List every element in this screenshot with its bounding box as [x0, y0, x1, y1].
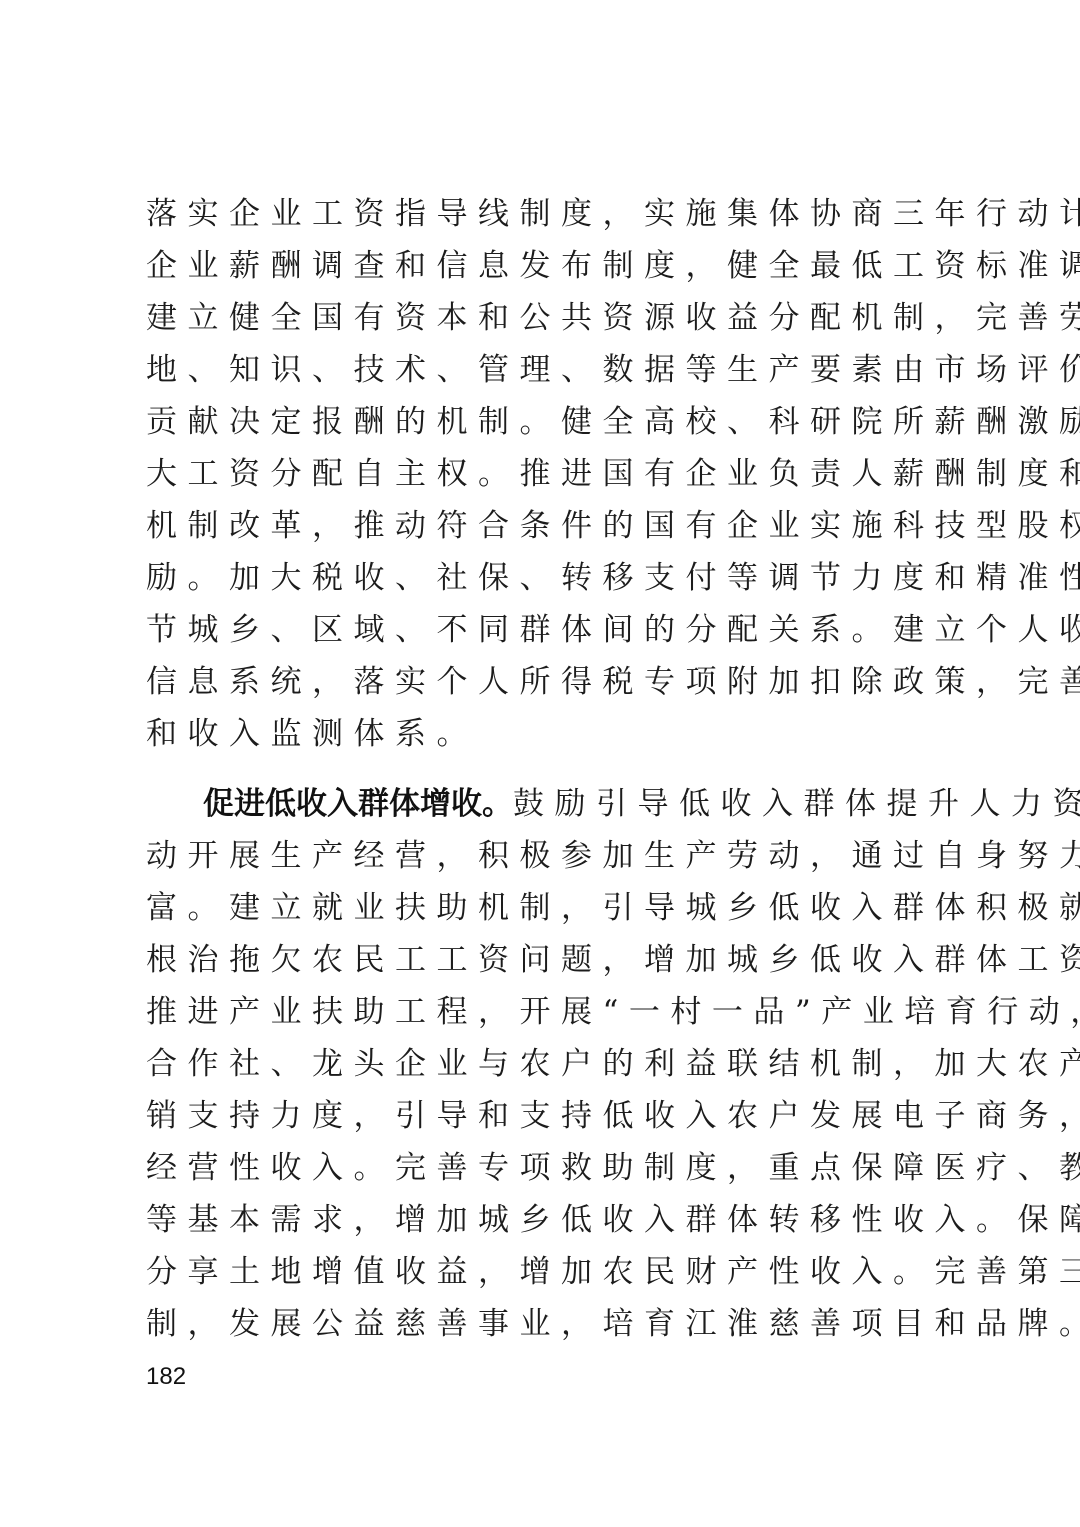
text-line: 根治拖欠农民工工资问题，增加城乡低收入群体工资性收入。: [146, 934, 966, 986]
text-line: 和收入监测体系。: [146, 708, 966, 760]
paragraph-income-distribution: 落实企业工资指导线制度，实施集体协商三年行动计划。完善 企业薪酬调查和信息发布制…: [146, 188, 966, 760]
text-line: 企业薪酬调查和信息发布制度，健全最低工资标准调整机制。: [146, 240, 966, 292]
paragraph-low-income-growth: 促进低收入群体增收。鼓励引导低收入群体提升人力资本， 主 动开展生产经营，积极参…: [146, 778, 966, 1350]
text-line: 励。加大税收、社保、转移支付等调节力度和精准性，合理调: [146, 552, 966, 604]
text-line: 推进产业扶助工程，开展“一村一品”产业培育行动，强化农民: [146, 986, 966, 1038]
text-span: 鼓励引导低收入群体提升人力资本， 主: [513, 786, 1080, 822]
text-line: 动开展生产经营，积极参加生产劳动，通过自身努力增收致: [146, 830, 966, 882]
text-line: 富。建立就业扶助机制，引导城乡低收入群体积极就业，着力: [146, 882, 966, 934]
text-line: 合作社、龙头企业与农户的利益联结机制，加大农产品推介营: [146, 1038, 966, 1090]
text-line: 贡献决定报酬的机制。健全高校、科研院所薪酬激励机制， 扩: [146, 396, 966, 448]
text-line: 机制改革，推动符合条件的国有企业实施科技型股权分红激: [146, 500, 966, 552]
text-line: 信息系统，落实个人所得税专项附加扣除政策，完善现代支付: [146, 656, 966, 708]
text-line: 等基本需求，增加城乡低收入群体转移性收入。保障农民合理: [146, 1194, 966, 1246]
body-text: 落实企业工资指导线制度，实施集体协商三年行动计划。完善 企业薪酬调查和信息发布制…: [146, 188, 966, 1350]
document-page: 落实企业工资指导线制度，实施集体协商三年行动计划。完善 企业薪酬调查和信息发布制…: [0, 0, 1080, 1527]
text-line: 节城乡、区域、不同群体间的分配关系。建立个人收入和财产: [146, 604, 966, 656]
section-heading: 促进低收入群体增收。: [203, 786, 513, 822]
text-line: 制，发展公益慈善事业，培育江淮慈善项目和品牌。: [146, 1298, 966, 1350]
text-line: 大工资分配自主权。推进国有企业负责人薪酬制度和工资决 定: [146, 448, 966, 500]
text-line: 经营性收入。完善专项救助制度，重点保障医疗、教育、住房: [146, 1142, 966, 1194]
text-line-first: 促进低收入群体增收。鼓励引导低收入群体提升人力资本， 主: [146, 778, 966, 830]
text-line: 分享土地增值收益，增加农民财产性收入。完善第三次分配机: [146, 1246, 966, 1298]
text-line: 地、知识、技术、管理、数据等生产要素由市场评价贡献、 按: [146, 344, 966, 396]
text-line: 销支持力度，引导和支持低收入农户发展电子商务，增加农民: [146, 1090, 966, 1142]
page-number: 182: [146, 1363, 186, 1391]
text-line: 落实企业工资指导线制度，实施集体协商三年行动计划。完善: [146, 188, 966, 240]
text-line: 建立健全国有资本和公共资源收益分配机制，完善劳动、资本、 土: [146, 292, 966, 344]
